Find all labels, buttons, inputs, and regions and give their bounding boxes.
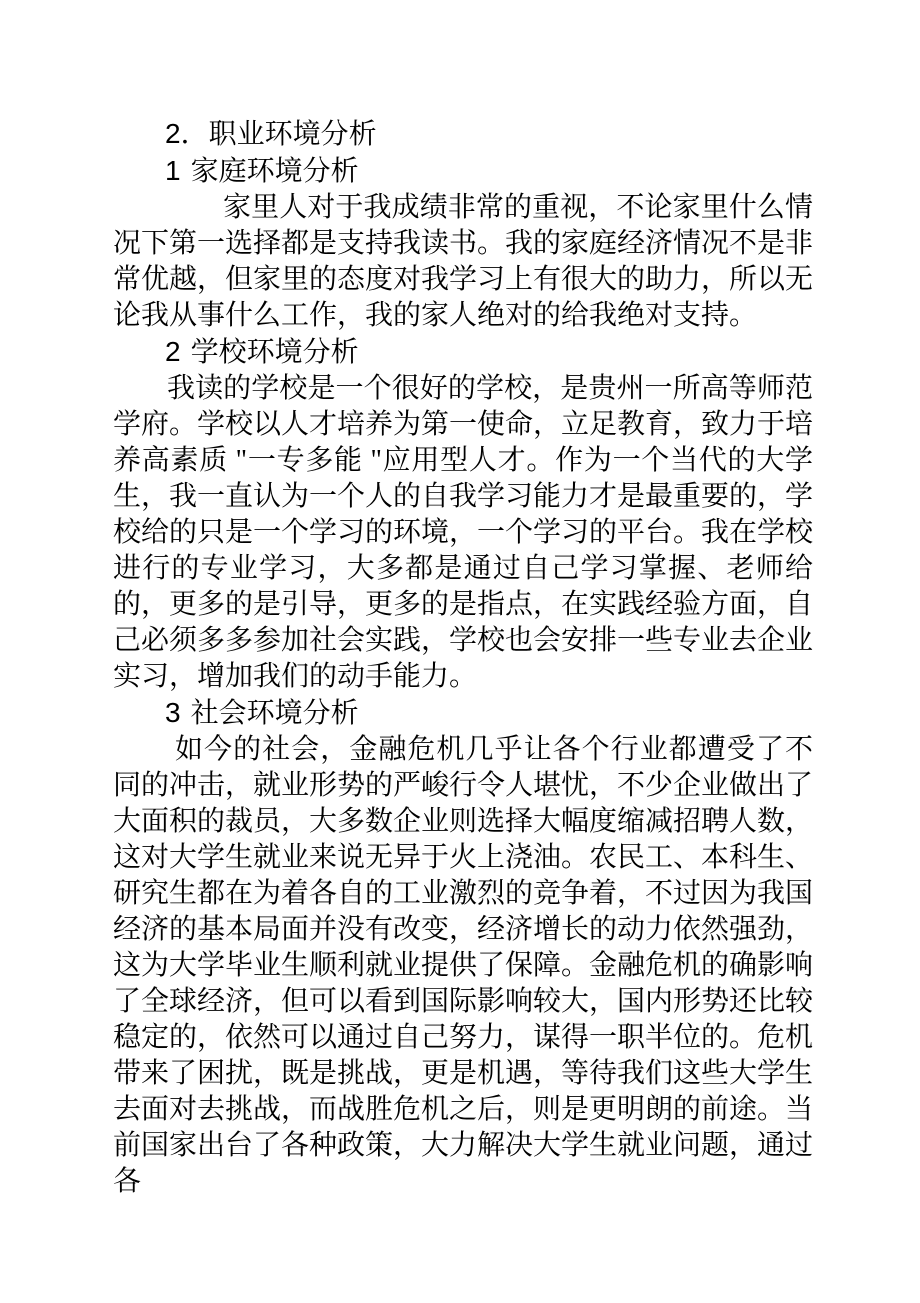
paragraph-school-environment: 我读的学校是一个很好的学校，是贵州一所高等师范学府。学校以人才培养为第一使命，立… (113, 371, 813, 695)
subsection-heading-school-number: 2 (165, 336, 181, 367)
subsection-heading-family-title: 家庭环境分析 (191, 156, 359, 187)
section-heading: 2．职业环境分析 (165, 116, 813, 153)
section-heading-title: 职业环境分析 (209, 119, 377, 150)
subsection-heading-school-title: 学校环境分析 (191, 337, 359, 368)
subsection-school-environment: 2学校环境分析 我读的学校是一个很好的学校，是贵州一所高等师范学府。学校以人才培… (113, 334, 813, 695)
subsection-heading-family: 1家庭环境分析 (165, 153, 813, 190)
subsection-heading-social-number: 3 (165, 697, 181, 728)
paragraph-social-environment: 如今的社会，金融危机几乎让各个行业都遭受了不同的冲击，就业形势的严峻行令人堪忧，… (113, 732, 813, 1200)
subsection-heading-social: 3社会环境分析 (165, 695, 813, 732)
subsection-heading-school: 2学校环境分析 (165, 334, 813, 371)
subsection-heading-family-number: 1 (165, 155, 181, 186)
section-heading-number: 2． (165, 118, 209, 149)
document-page: 2．职业环境分析 1家庭环境分析 家里人对于我成绩非常的重视，不论家里什么情况下… (0, 0, 920, 1303)
subsection-social-environment: 3社会环境分析 如今的社会，金融危机几乎让各个行业都遭受了不同的冲击，就业形势的… (113, 695, 813, 1200)
paragraph-family-environment: 家里人对于我成绩非常的重视，不论家里什么情况下第一选择都是支持我读书。我的家庭经… (113, 190, 813, 334)
document-content: 2．职业环境分析 1家庭环境分析 家里人对于我成绩非常的重视，不论家里什么情况下… (113, 116, 813, 1200)
subsection-family-environment: 1家庭环境分析 家里人对于我成绩非常的重视，不论家里什么情况下第一选择都是支持我… (113, 153, 813, 334)
subsection-heading-social-title: 社会环境分析 (191, 698, 359, 729)
